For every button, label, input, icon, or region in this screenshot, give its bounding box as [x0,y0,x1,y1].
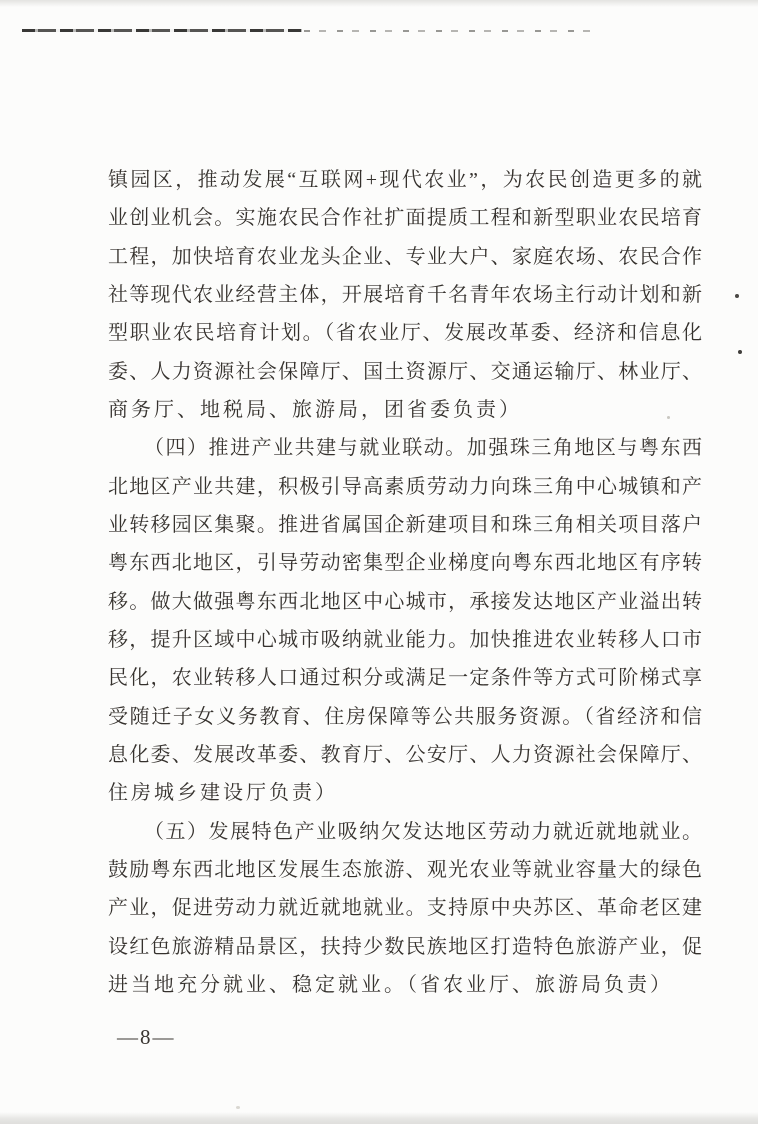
scan-speck [735,294,739,298]
scan-speck [236,1106,240,1109]
text-line: 社等现代农业经营主体，开展培育千名青年农场主行动计划和新 [108,276,702,314]
text-line: 息化委、发展改革委、教育厅、公安厅、人力资源社会保障厅、 [108,736,702,774]
text-line: 住房城乡建设厅负责） [108,774,702,812]
paragraph-section-4: （四）推进产业共建与就业联动。加强珠三角地区与粤东西 北地区产业共建，积极引导高… [108,429,702,812]
text-line: 型职业农民培育计划。（省农业厅、发展改革委、经济和信息化 [108,314,702,352]
text-line: 镇园区，推动发展“互联网+现代农业”，为农民创造更多的就 [108,161,702,199]
scan-speck [667,416,670,419]
text-line: 移，提升区域中心城市吸纳就业能力。加快推进农业转移人口市 [108,621,702,659]
text-line: 产业，促进劳动力就近就地就业。支持原中央苏区、革命老区建 [108,889,702,927]
scan-artifact-line-faint [304,30,592,32]
scan-speck [738,350,742,354]
text-line: 工程，加快培育农业龙头企业、专业大户、家庭农场、农民合作 [108,238,702,276]
text-line: 移。做大做强粤东西北地区中心城市，承接发达地区产业溢出转 [108,583,702,621]
text-line: （五）发展特色产业吸纳欠发达地区劳动力就近就地就业。 [108,813,702,851]
text-line: 业转移园区集聚。推进省属国企新建项目和珠三角相关项目落户 [108,506,702,544]
text-line: 民化，农业转移人口通过积分或满足一定条件等方式可阶梯式享 [108,659,702,697]
scan-artifact-line [22,29,302,32]
text-line: 设红色旅游精品景区，扶持少数民族地区打造特色旅游产业，促 [108,928,702,966]
text-line: 进当地充分就业、稳定就业。（省农业厅、旅游局负责） [108,966,702,1004]
text-line: （四）推进产业共建与就业联动。加强珠三角地区与粤东西 [108,429,702,467]
text-line: 业创业机会。实施农民合作社扩面提质工程和新型职业农民培育 [108,199,702,237]
text-line: 委、人力资源社会保障厅、国土资源厅、交通运输厅、林业厅、 [108,353,702,391]
text-line: 鼓励粤东西北地区发展生态旅游、观光农业等就业容量大的绿色 [108,851,702,889]
paragraph-continuation: 镇园区，推动发展“互联网+现代农业”，为农民创造更多的就 业创业机会。实施农民合… [108,161,702,429]
document-body: 镇园区，推动发展“互联网+现代农业”，为农民创造更多的就 业创业机会。实施农民合… [108,161,702,1004]
text-line: 北地区产业共建，积极引导高素质劳动力向珠三角中心城镇和产 [108,468,702,506]
scan-shading-top [0,0,758,7]
paragraph-section-5: （五）发展特色产业吸纳欠发达地区劳动力就近就地就业。 鼓励粤东西北地区发展生态旅… [108,813,702,1005]
text-line: 受随迁子女义务教育、住房保障等公共服务资源。（省经济和信 [108,698,702,736]
text-line: 粤东西北地区，引导劳动密集型企业梯度向粤东西北地区有序转 [108,544,702,582]
scan-shading-bottom [0,1112,758,1124]
scanned-page: 镇园区，推动发展“互联网+现代农业”，为农民创造更多的就 业创业机会。实施农民合… [0,0,758,1124]
page-number: —8— [117,1018,176,1056]
text-line: 商务厅、地税局、旅游局，团省委负责） [108,391,702,429]
